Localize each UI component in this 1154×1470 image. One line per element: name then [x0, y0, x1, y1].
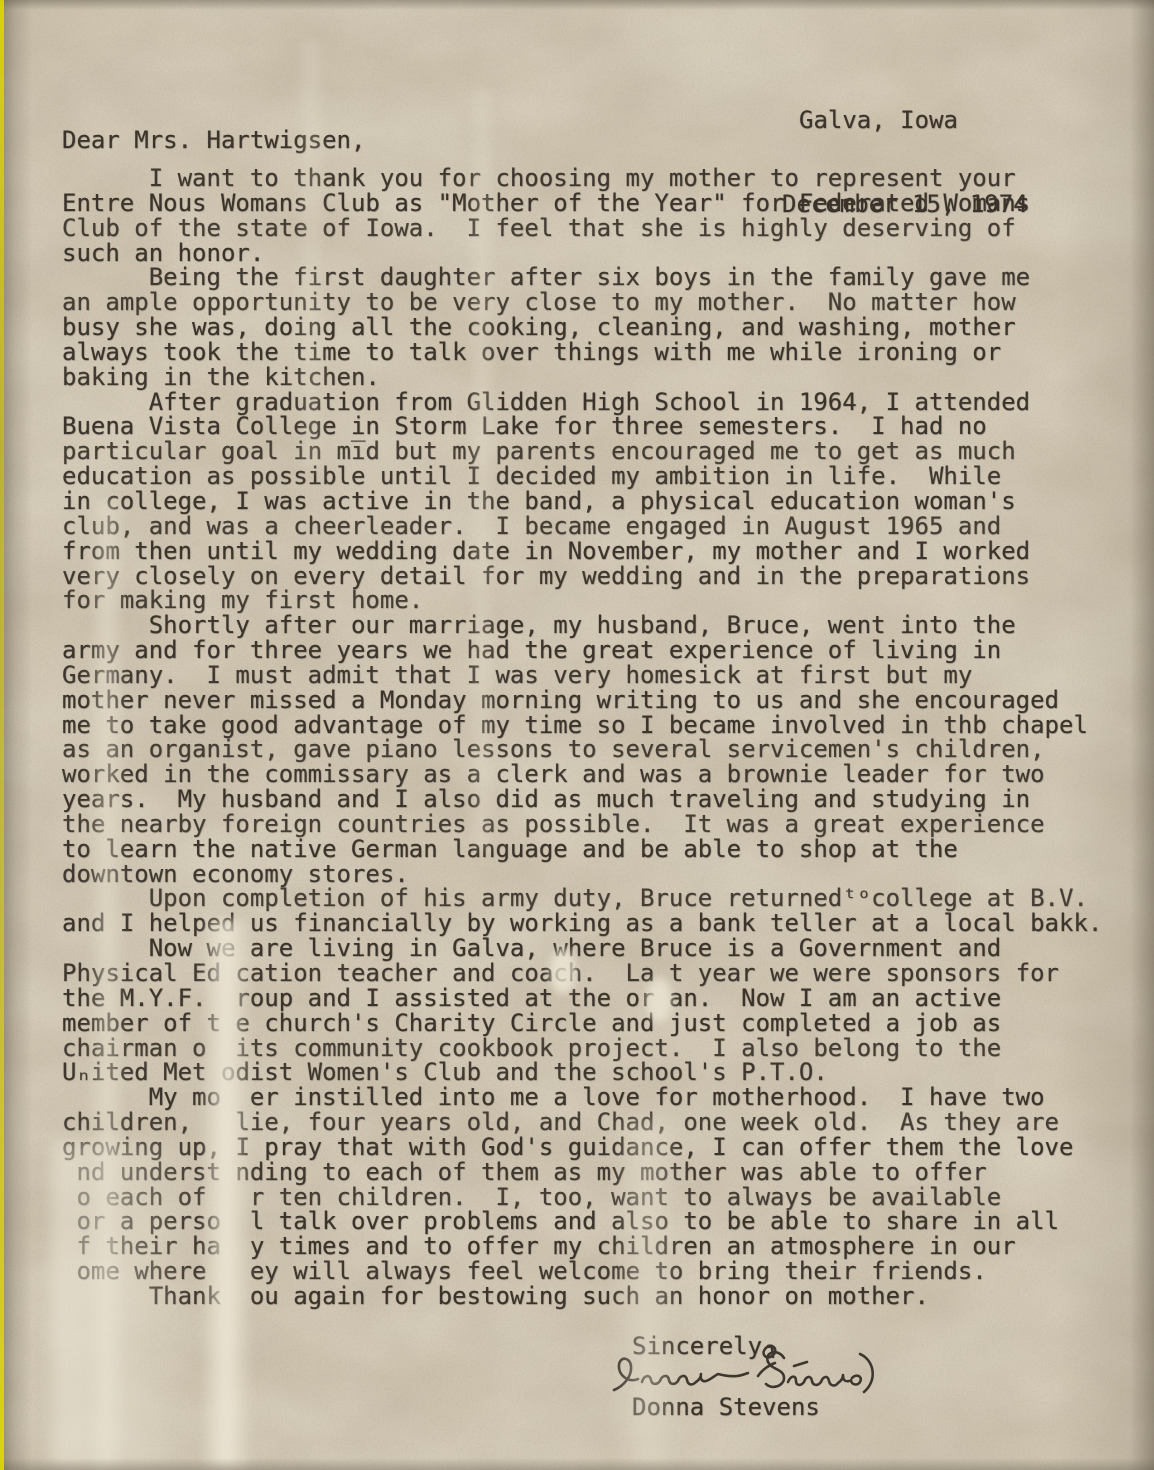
letter-line: and I helped us financially by working a…	[62, 911, 1102, 936]
letter-line: Buena Vista College in Storm Lake for th…	[62, 414, 1102, 439]
letter-line: f their ha y times and to offer my child…	[62, 1234, 1102, 1259]
pen-flourish	[764, 1346, 776, 1358]
letter-line: for making my first home.	[62, 588, 1102, 613]
letter-line: such an honor.	[62, 241, 1102, 266]
letter-line: I want to thank you for choosing my moth…	[62, 166, 1102, 191]
letter-line: very closely on every detail for my wedd…	[62, 564, 1102, 589]
letter-line: the nearby foreign countries as possible…	[62, 812, 1102, 837]
letter-line: Entre Nous Womans Club as "Mother of the…	[62, 191, 1102, 216]
letter-line: member of t e church's Charity Circle an…	[62, 1011, 1102, 1036]
letter-line: from then until my wedding date in Novem…	[62, 539, 1102, 564]
salutation: Dear Mrs. Hartwigsen,	[62, 128, 365, 153]
letter-line: in college, I was active in the band, a …	[62, 489, 1102, 514]
letter-line: Now we are living in Galva, where Bruce …	[62, 936, 1102, 961]
letter-line: or a perso l talk over problems and also…	[62, 1209, 1102, 1234]
letter-line: Shortly after our marriage, my husband, …	[62, 613, 1102, 638]
letter-line: o each of r ten children. I, too, want t…	[62, 1185, 1102, 1210]
letter-line: Germany. I must admit that I was very ho…	[62, 663, 1102, 688]
letter-line: the M.Y.F. roup and I assisted at the or…	[62, 986, 1102, 1011]
left-edge-shadow	[0, 0, 32, 1470]
letter-page: Galva, Iowa December 15, 1974 Dear Mrs. …	[0, 0, 1154, 1470]
letter-line: growing up, I pray that with God's guida…	[62, 1135, 1102, 1160]
letter-line: Uₙited Met odist Women's Club and the sc…	[62, 1060, 1102, 1085]
letter-line: ome where ey will always feel welcome to…	[62, 1259, 1102, 1284]
letter-line: worked in the commissary as a clerk and …	[62, 762, 1102, 787]
letter-line: downtown economy stores.	[62, 862, 1102, 887]
top-edge-shadow	[0, 0, 1154, 10]
letter-line: nd underst nding to each of them as my m…	[62, 1160, 1102, 1185]
letter-line: always took the time to talk over things…	[62, 340, 1102, 365]
letter-line: baking in the kitchen.	[62, 365, 1102, 390]
letter-line: busy she was, doing all the cooking, cle…	[62, 315, 1102, 340]
letter-line: Club of the state of Iowa. I feel that s…	[62, 216, 1102, 241]
letter-line: an ample opportunity to be very close to…	[62, 290, 1102, 315]
letter-body: I want to thank you for choosing my moth…	[62, 166, 1102, 1309]
letter-line: years. My husband and I also did as much…	[62, 787, 1102, 812]
typed-name: Donna Stevens	[632, 1395, 820, 1420]
dateline-place: Galva, Iowa	[782, 106, 1028, 134]
letter-line: to learn the native German language and …	[62, 837, 1102, 862]
letter-line: particular goal in mi̅d but my parents e…	[62, 439, 1102, 464]
page-edge-yellow-strip	[0, 0, 4, 1470]
letter-line: chairman o its community cookbook projec…	[62, 1036, 1102, 1061]
letter-line: Upon completion of his army duty, Bruce …	[62, 886, 1102, 911]
closing: Sincerely	[632, 1334, 762, 1359]
right-edge-shadow	[1130, 0, 1154, 1470]
letter-line: mother never missed a Monday morning wri…	[62, 688, 1102, 713]
letter-line: Physical Ed cation teacher and coach. La…	[62, 961, 1102, 986]
bottom-edge-shadow	[0, 1458, 1154, 1470]
letter-line: children, lie, four years old, and Chad,…	[62, 1110, 1102, 1135]
letter-line: Thank ou again for bestowing such an hon…	[62, 1284, 1102, 1309]
letter-line: army and for three years we had the grea…	[62, 638, 1102, 663]
letter-line: as an organist, gave piano lessons to se…	[62, 737, 1102, 762]
letter-line: me to take good advantage of my time so …	[62, 713, 1102, 738]
letter-line: My mo er instilled into me a love for mo…	[62, 1085, 1102, 1110]
letter-line: education as possible until I decided my…	[62, 464, 1102, 489]
letter-line: After graduation from Glidden High Schoo…	[62, 390, 1102, 415]
letter-line: Being the first daughter after six boys …	[62, 265, 1102, 290]
letter-line: club, and was a cheerleader. I became en…	[62, 514, 1102, 539]
